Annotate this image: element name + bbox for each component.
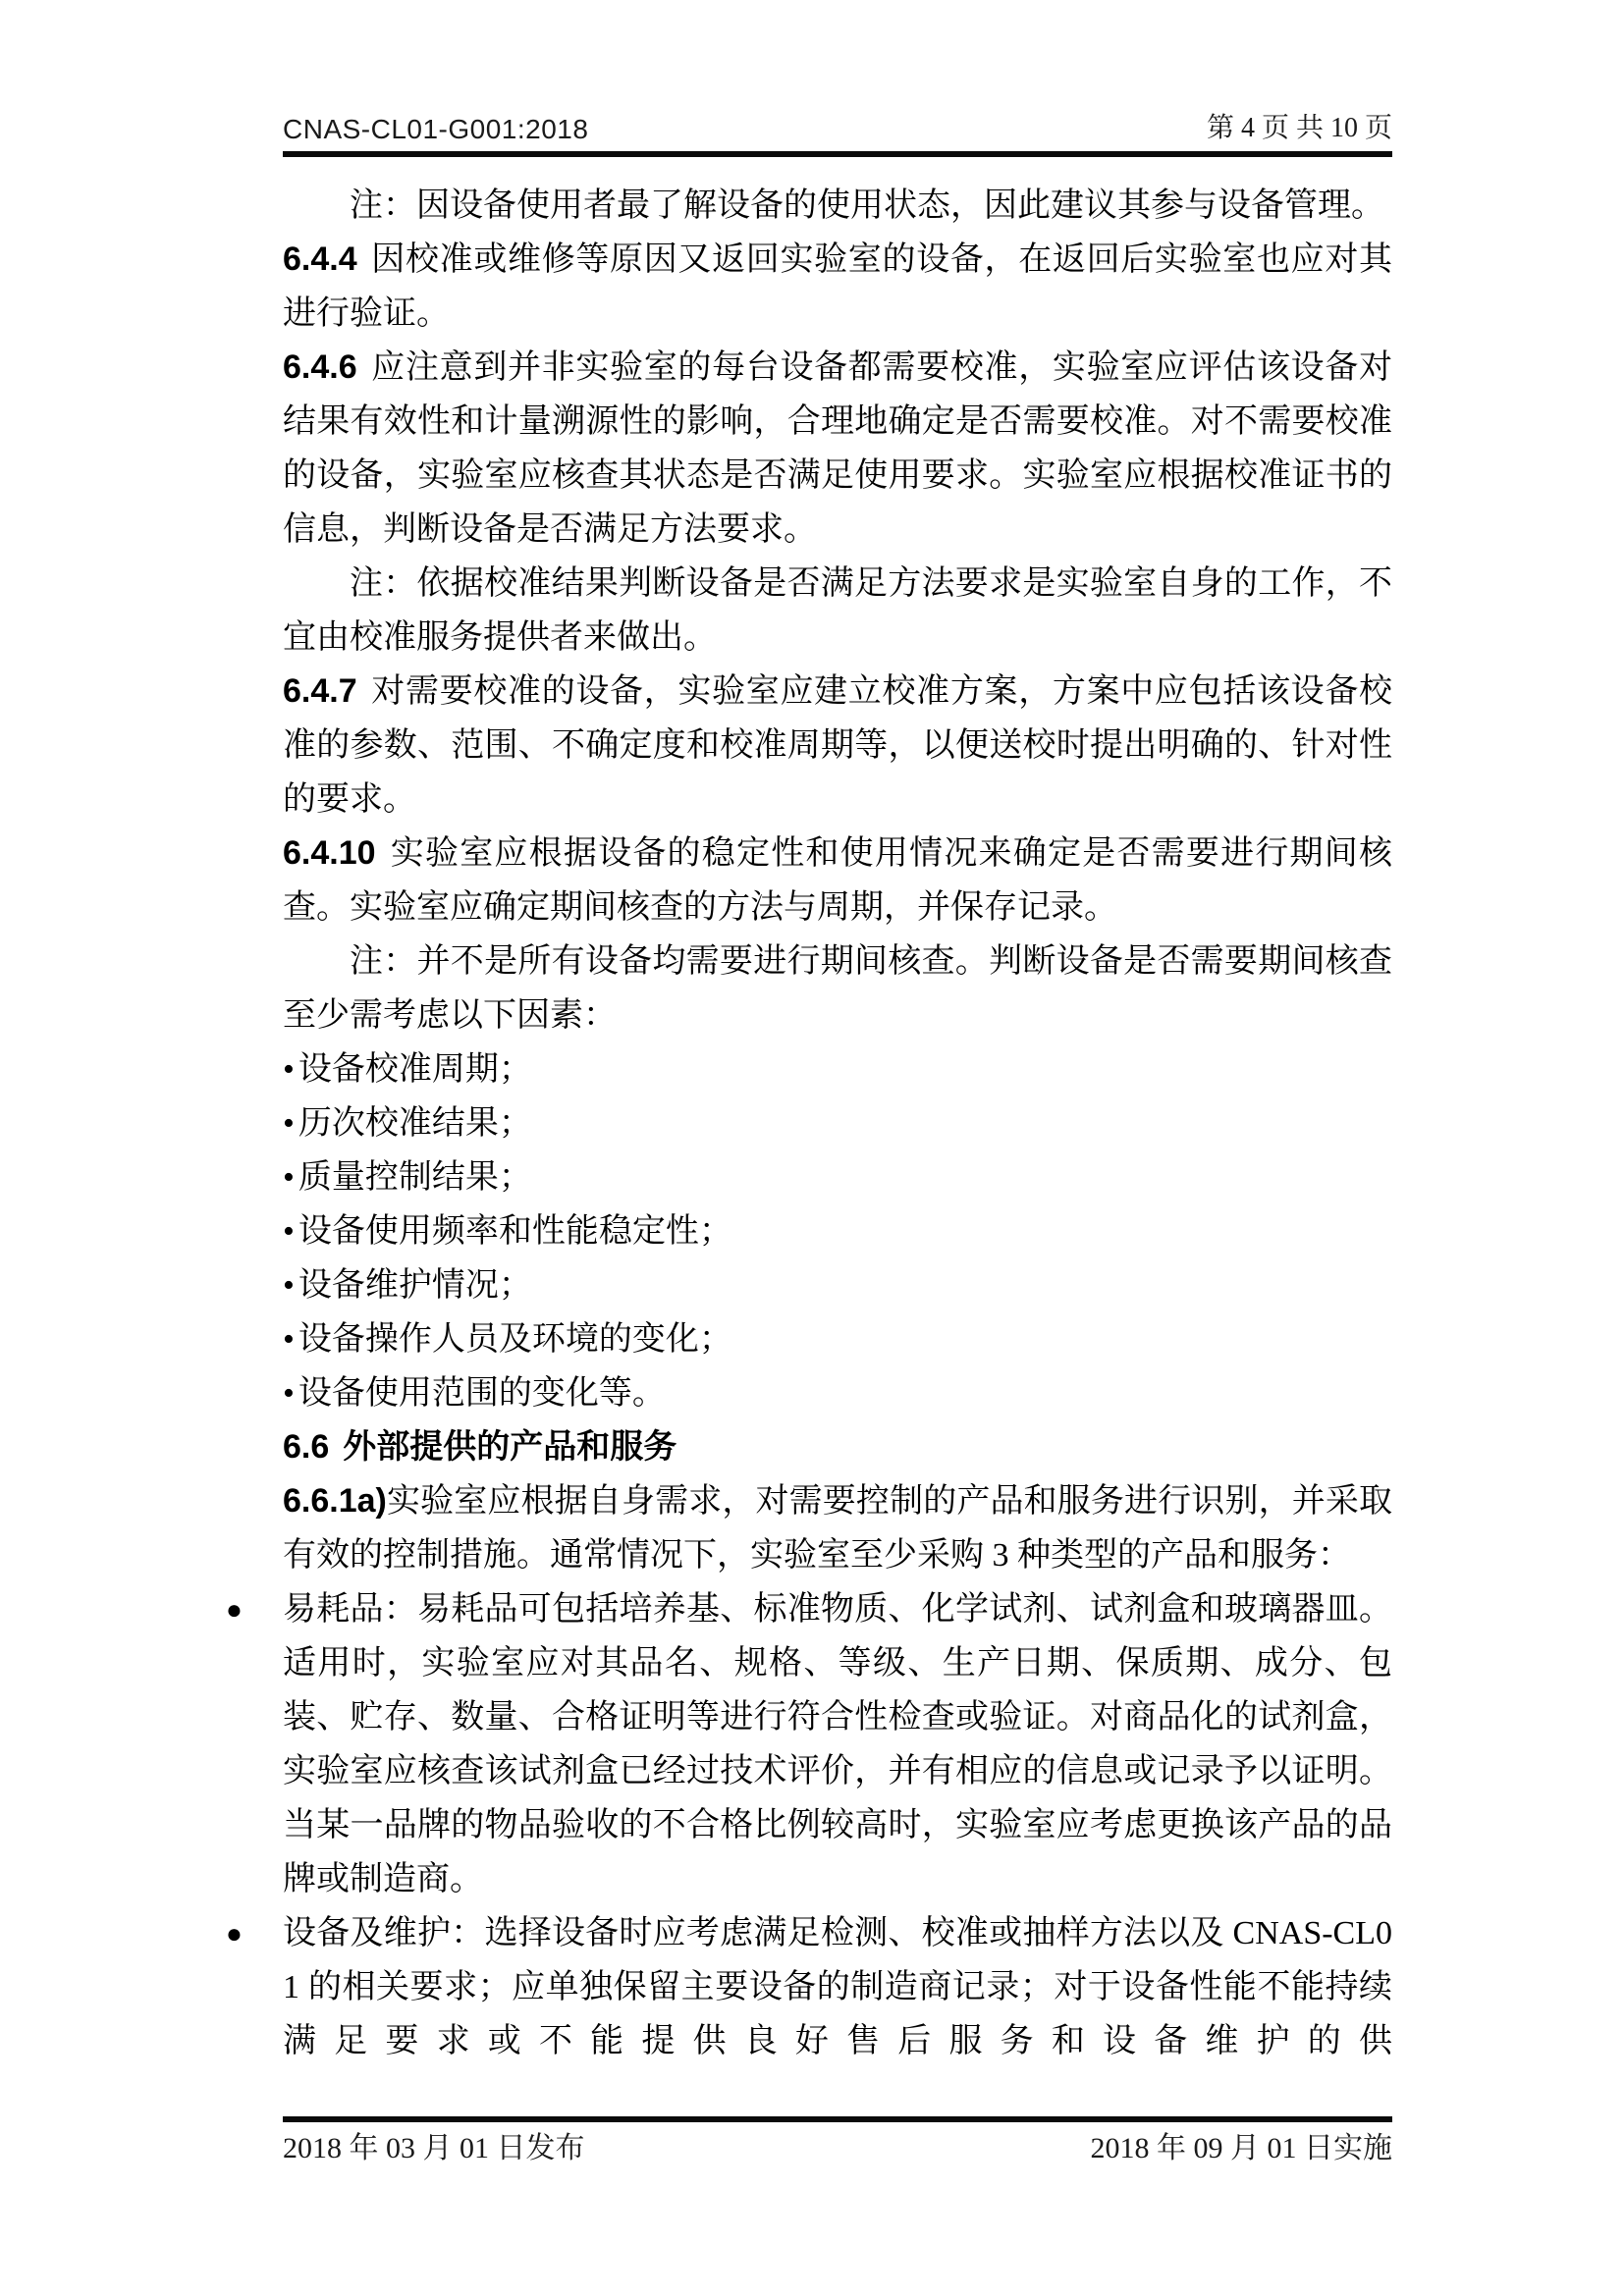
- clause-6-4-7: 6.4.7对需要校准的设备，实验室应建立校准方案，方案中应包括该设备校准的参数、…: [283, 665, 1392, 827]
- bullet-circle-icon: ●: [226, 1907, 243, 1961]
- document-code: CNAS-CL01-G001:2018: [283, 114, 588, 145]
- factor-text: 设备操作人员及环境的变化；: [298, 1321, 732, 1358]
- bullet-dot-icon: •: [283, 1051, 295, 1088]
- factor-text: 设备使用频率和性能稳定性；: [298, 1213, 732, 1250]
- bullet-dot-icon: •: [283, 1375, 295, 1412]
- bullet-dot-icon: •: [283, 1159, 295, 1196]
- page-number: 第 4 页 共 10 页: [1207, 106, 1392, 145]
- bullet-dot-icon: •: [283, 1267, 295, 1304]
- factor-item: •设备维护情况；: [283, 1258, 1392, 1312]
- factor-item: •设备操作人员及环境的变化；: [283, 1312, 1392, 1366]
- clause-number-6-4-6: 6.4.6: [283, 348, 357, 386]
- bullet-dot-icon: •: [283, 1105, 295, 1142]
- clause-6-4-4: 6.4.4因校准或维修等原因又返回实验室的设备，在返回后实验室也应对其进行验证。: [283, 233, 1392, 341]
- clause-number-6-6-1a: 6.6.1a): [283, 1482, 387, 1520]
- section-heading-6-6: 6.6外部提供的产品和服务: [283, 1420, 1392, 1474]
- factor-text: 质量控制结果；: [298, 1159, 532, 1196]
- note-paragraph-1: 注：因设备使用者最了解设备的使用状态，因此建议其参与设备管理。: [283, 179, 1392, 233]
- factor-text: 设备使用范围的变化等。: [298, 1375, 666, 1412]
- release-date: 2018 年 03 月 01 日发布: [283, 2130, 585, 2167]
- clause-number-6-4-7: 6.4.7: [283, 672, 357, 710]
- note-paragraph-3: 注：并不是所有设备均需要进行期间核查。判断设备是否需要期间核查至少需考虑以下因素…: [283, 934, 1392, 1042]
- factor-item: •设备使用范围的变化等。: [283, 1366, 1392, 1420]
- clause-6-4-6: 6.4.6应注意到并非实验室的每台设备都需要校准，实验室应评估该设备对结果有效性…: [283, 341, 1392, 557]
- implement-date: 2018 年 09 月 01 日实施: [1091, 2130, 1393, 2167]
- bullet-dot-icon: •: [283, 1213, 295, 1250]
- product-bullet-consumables: ●易耗品：易耗品可包括培养基、标准物质、化学试剂、试剂盒和玻璃器皿。适用时，实验…: [283, 1582, 1392, 1906]
- page-header: CNAS-CL01-G001:2018 第 4 页 共 10 页: [283, 106, 1392, 157]
- note-paragraph-2: 注：依据校准结果判断设备是否满足方法要求是实验室自身的工作，不宜由校准服务提供者…: [283, 557, 1392, 665]
- clause-text-6-4-6: 应注意到并非实验室的每台设备都需要校准，实验室应评估该设备对结果有效性和计量溯源…: [283, 349, 1392, 548]
- product-text-consumables: 易耗品：易耗品可包括培养基、标准物质、化学试剂、试剂盒和玻璃器皿。适用时，实验室…: [283, 1591, 1392, 1897]
- factor-item: •历次校准结果；: [283, 1096, 1392, 1150]
- factor-text: 设备维护情况；: [298, 1267, 532, 1304]
- document-body: 注：因设备使用者最了解设备的使用状态，因此建议其参与设备管理。 6.4.4因校准…: [283, 179, 1392, 2068]
- document-page: CNAS-CL01-G001:2018 第 4 页 共 10 页 注：因设备使用…: [0, 0, 1624, 2296]
- clause-text-6-4-10: 实验室应根据设备的稳定性和使用情况来确定是否需要进行期间核查。实验室应确定期间核…: [283, 835, 1392, 926]
- clause-number-6-4-10: 6.4.10: [283, 834, 376, 872]
- bullet-circle-icon: ●: [226, 1583, 243, 1637]
- page-footer: 2018 年 03 月 01 日发布 2018 年 09 月 01 日实施: [283, 2116, 1392, 2167]
- section-title-6-6: 外部提供的产品和服务: [343, 1428, 677, 1466]
- product-bullet-equipment: ●设备及维护：选择设备时应考虑满足检测、校准或抽样方法以及 CNAS-CL01 …: [283, 1906, 1392, 2068]
- factor-item: •质量控制结果；: [283, 1150, 1392, 1204]
- clause-6-6-1a: 6.6.1a)实验室应根据自身需求，对需要控制的产品和服务进行识别，并采取有效的…: [283, 1474, 1392, 1582]
- section-number-6-6: 6.6: [283, 1428, 329, 1466]
- clause-text-6-6-1a: 实验室应根据自身需求，对需要控制的产品和服务进行识别，并采取有效的控制措施。通常…: [283, 1483, 1392, 1574]
- bullet-dot-icon: •: [283, 1321, 295, 1358]
- clause-text-6-4-4: 因校准或维修等原因又返回实验室的设备，在返回后实验室也应对其进行验证。: [283, 241, 1392, 332]
- factor-text: 历次校准结果；: [298, 1105, 532, 1142]
- product-text-equipment: 设备及维护：选择设备时应考虑满足检测、校准或抽样方法以及 CNAS-CL01 的…: [283, 1915, 1392, 2059]
- factor-item: •设备使用频率和性能稳定性；: [283, 1204, 1392, 1258]
- clause-text-6-4-7: 对需要校准的设备，实验室应建立校准方案，方案中应包括该设备校准的参数、范围、不确…: [283, 673, 1392, 818]
- clause-number-6-4-4: 6.4.4: [283, 240, 357, 278]
- factor-item: •设备校准周期；: [283, 1042, 1392, 1096]
- clause-6-4-10: 6.4.10实验室应根据设备的稳定性和使用情况来确定是否需要进行期间核查。实验室…: [283, 827, 1392, 934]
- factor-text: 设备校准周期；: [298, 1051, 532, 1088]
